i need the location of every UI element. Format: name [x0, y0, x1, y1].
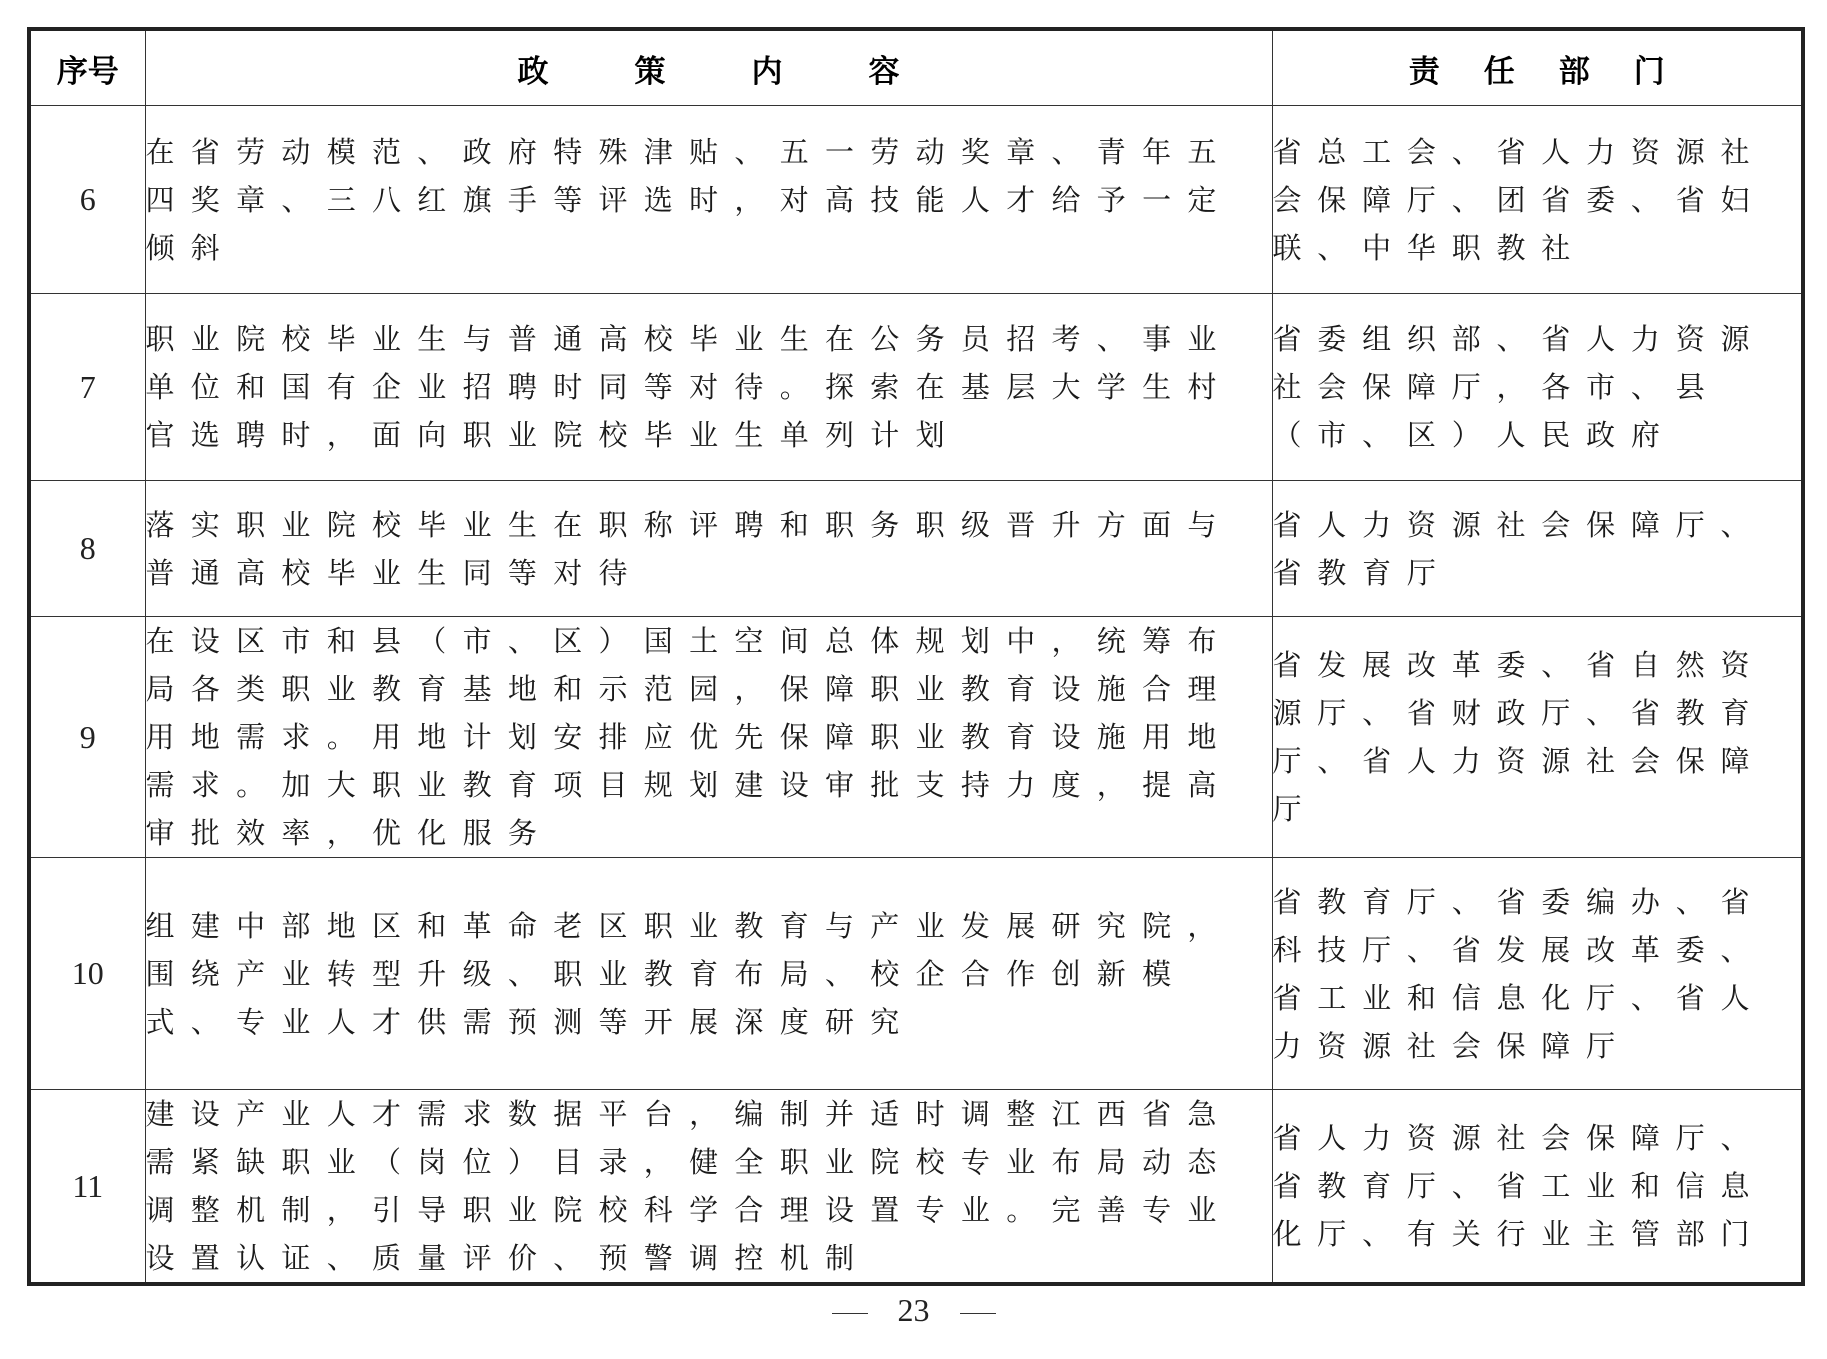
row-policy-content: 组建中部地区和革命老区职业教育与产业发展研究院，围绕产业转型升级、职业教育布局、… — [145, 858, 1272, 1090]
header-serial-number: 序号 — [29, 29, 145, 106]
document-page: 序号 政策内容 责任部门 6 在省劳动模范、政府特殊津贴、五一劳动奖章、青年五四… — [0, 0, 1827, 1359]
row-serial-number: 8 — [29, 481, 145, 617]
row-serial-number: 9 — [29, 617, 145, 858]
table-row: 6 在省劳动模范、政府特殊津贴、五一劳动奖章、青年五四奖章、三八红旗手等评选时，… — [29, 106, 1803, 294]
row-policy-content: 落实职业院校毕业生在职称评聘和职务职级晋升方面与普通高校毕业生同等对待 — [145, 481, 1272, 617]
table-row: 9 在设区市和县（市、区）国土空间总体规划中，统筹布局各类职业教育基地和示范园，… — [29, 617, 1803, 858]
row-responsible-department: 省人力资源社会保障厅、省教育厅、省工业和信息化厅、有关行业主管部门 — [1272, 1090, 1803, 1285]
policy-table: 序号 政策内容 责任部门 6 在省劳动模范、政府特殊津贴、五一劳动奖章、青年五四… — [27, 27, 1805, 1286]
row-serial-number: 10 — [29, 858, 145, 1090]
row-policy-content: 职业院校毕业生与普通高校毕业生在公务员招考、事业单位和国有企业招聘时同等对待。探… — [145, 294, 1272, 481]
row-responsible-department: 省教育厅、省委编办、省科技厅、省发展改革委、省工业和信息化厅、省人力资源社会保障… — [1272, 858, 1803, 1090]
em-dash-right — [960, 1313, 996, 1314]
header-responsible-department: 责任部门 — [1272, 29, 1803, 106]
page-number: 23 — [898, 1292, 930, 1328]
table-row: 10 组建中部地区和革命老区职业教育与产业发展研究院，围绕产业转型升级、职业教育… — [29, 858, 1803, 1090]
row-serial-number: 6 — [29, 106, 145, 294]
row-policy-content: 在设区市和县（市、区）国土空间总体规划中，统筹布局各类职业教育基地和示范园，保障… — [145, 617, 1272, 858]
row-responsible-department: 省总工会、省人力资源社会保障厅、团省委、省妇联、中华职教社 — [1272, 106, 1803, 294]
row-responsible-department: 省发展改革委、省自然资源厅、省财政厅、省教育厅、省人力资源社会保障厅 — [1272, 617, 1803, 858]
row-policy-content: 在省劳动模范、政府特殊津贴、五一劳动奖章、青年五四奖章、三八红旗手等评选时，对高… — [145, 106, 1272, 294]
header-policy-content: 政策内容 — [145, 29, 1272, 106]
row-policy-content: 建设产业人才需求数据平台，编制并适时调整江西省急需紧缺职业（岗位）目录，健全职业… — [145, 1090, 1272, 1285]
em-dash-left — [832, 1313, 868, 1314]
page-number-footer: 23 — [0, 1292, 1827, 1329]
table-row: 8 落实职业院校毕业生在职称评聘和职务职级晋升方面与普通高校毕业生同等对待 省人… — [29, 481, 1803, 617]
table-row: 7 职业院校毕业生与普通高校毕业生在公务员招考、事业单位和国有企业招聘时同等对待… — [29, 294, 1803, 481]
row-responsible-department: 省委组织部、省人力资源社会保障厅，各市、县（市、区）人民政府 — [1272, 294, 1803, 481]
row-responsible-department: 省人力资源社会保障厅、省教育厅 — [1272, 481, 1803, 617]
table-row: 11 建设产业人才需求数据平台，编制并适时调整江西省急需紧缺职业（岗位）目录，健… — [29, 1090, 1803, 1285]
row-serial-number: 7 — [29, 294, 145, 481]
table-header-row: 序号 政策内容 责任部门 — [29, 29, 1803, 106]
row-serial-number: 11 — [29, 1090, 145, 1285]
